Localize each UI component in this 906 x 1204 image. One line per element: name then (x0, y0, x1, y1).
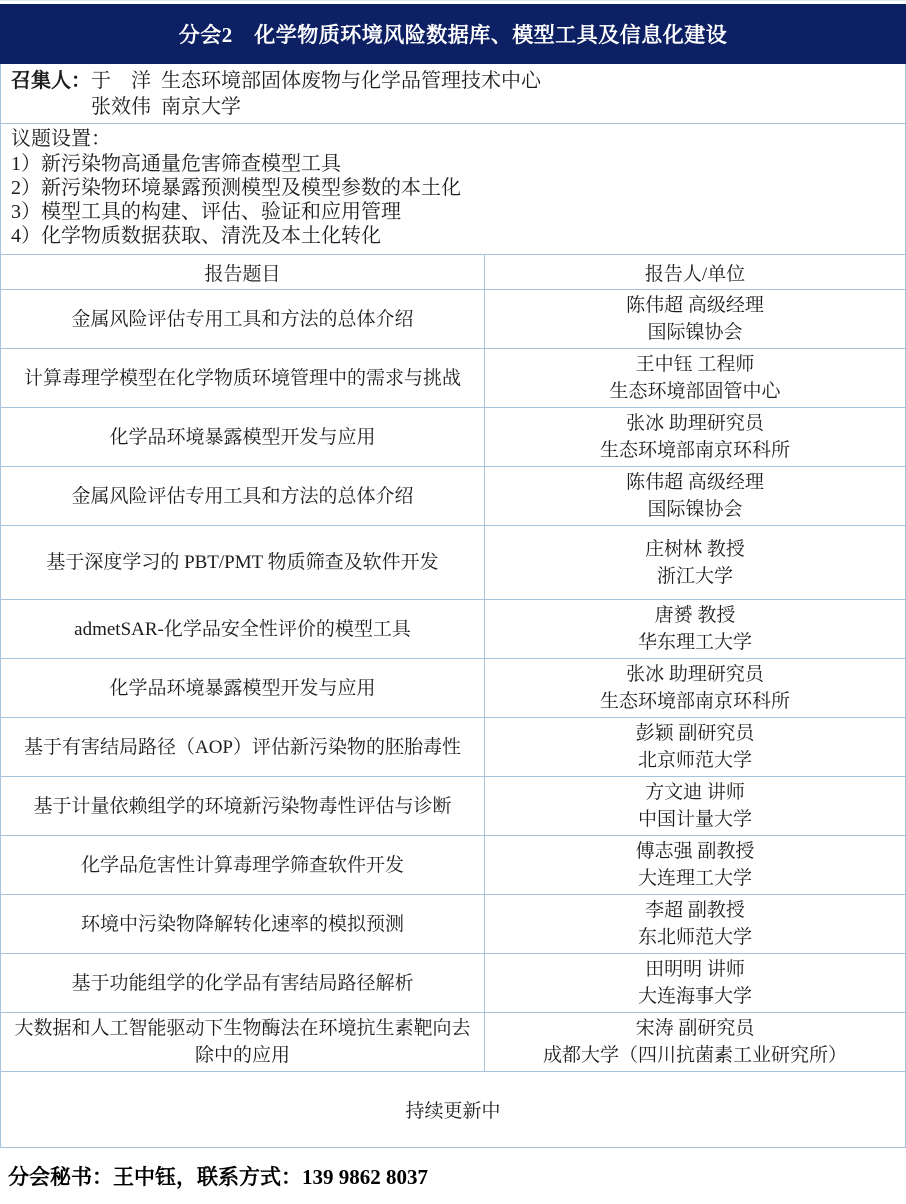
table-row: 基于有害结局路径（AOP）评估新污染物的胚胎毒性 彭颖 副研究员 北京师范大学 (1, 718, 905, 777)
speaker-name: 张冰 助理研究员 (626, 661, 764, 688)
speaker-name: 田明明 讲师 (645, 956, 745, 983)
report-speaker-cell: 傅志强 副教授 大连理工大学 (485, 836, 905, 894)
convener-item: 于 洋 生态环境部固体废物与化学品管理技术中心 (91, 68, 541, 94)
speaker-name: 傅志强 副教授 (636, 838, 755, 865)
report-speaker-cell: 李超 副教授 东北师范大学 (485, 895, 905, 953)
report-title: admetSAR-化学品安全性评价的模型工具 (1, 600, 485, 658)
speaker-name: 唐赟 教授 (655, 602, 736, 629)
topics-section: 议题设置： 1）新污染物高通量危害筛查模型工具 2）新污染物环境暴露预测模型及模… (1, 124, 905, 255)
speaker-name: 李超 副教授 (645, 897, 745, 924)
speaker-name: 宋涛 副研究员 (636, 1015, 755, 1042)
speaker-name: 张冰 助理研究员 (626, 410, 764, 437)
report-title: 计算毒理学模型在化学物质环境管理中的需求与挑战 (1, 349, 485, 407)
speaker-org: 成都大学（四川抗菌素工业研究所） (543, 1042, 847, 1069)
table-row: 大数据和人工智能驱动下生物酶法在环境抗生素靶向去除中的应用 宋涛 副研究员 成都… (1, 1013, 905, 1072)
speaker-org: 国际镍协会 (647, 319, 742, 346)
report-title: 大数据和人工智能驱动下生物酶法在环境抗生素靶向去除中的应用 (1, 1013, 485, 1071)
speaker-name: 彭颖 副研究员 (636, 720, 755, 747)
convener-name: 张效伟 (91, 94, 151, 120)
table-row: 金属风险评估专用工具和方法的总体介绍 陈伟超 高级经理 国际镍协会 (1, 467, 905, 526)
speaker-org: 华东理工大学 (638, 629, 752, 656)
report-title: 金属风险评估专用工具和方法的总体介绍 (1, 290, 485, 348)
table-row: 化学品危害性计算毒理学筛查软件开发 傅志强 副教授 大连理工大学 (1, 836, 905, 895)
report-speaker-cell: 王中钰 工程师 生态环境部固管中心 (485, 349, 905, 407)
report-speaker-cell: 陈伟超 高级经理 国际镍协会 (485, 467, 905, 525)
speaker-name: 陈伟超 高级经理 (626, 469, 764, 496)
report-speaker-cell: 张冰 助理研究员 生态环境部南京环科所 (485, 659, 905, 717)
conveners-label: 召集人： (11, 68, 91, 120)
speaker-name: 庄树林 教授 (645, 536, 745, 563)
convener-affiliation: 南京大学 (161, 94, 241, 120)
conveners-list: 于 洋 生态环境部固体废物与化学品管理技术中心 张效伟 南京大学 (91, 68, 541, 120)
topic-item: 1）新污染物高通量危害筛查模型工具 (11, 152, 895, 176)
speaker-org: 大连海事大学 (638, 983, 752, 1010)
table-row: 化学品环境暴露模型开发与应用 张冰 助理研究员 生态环境部南京环科所 (1, 659, 905, 718)
speaker-org: 国际镍协会 (647, 496, 742, 523)
table-header-row: 报告题目 报告人/单位 (1, 255, 905, 290)
speaker-org: 北京师范大学 (638, 747, 752, 774)
secretary-contact-line: 分会秘书：王中钰，联系方式：139 9862 8037 (0, 1148, 906, 1191)
conveners-section: 召集人： 于 洋 生态环境部固体废物与化学品管理技术中心 张效伟 南京大学 (1, 64, 905, 124)
speaker-org: 中国计量大学 (638, 806, 752, 833)
table-row: 化学品环境暴露模型开发与应用 张冰 助理研究员 生态环境部南京环科所 (1, 408, 905, 467)
update-note-row: 持续更新中 (1, 1072, 905, 1148)
speaker-name: 陈伟超 高级经理 (626, 292, 764, 319)
convener-affiliation: 生态环境部固体废物与化学品管理技术中心 (161, 68, 541, 94)
report-title: 基于功能组学的化学品有害结局路径解析 (1, 954, 485, 1012)
speaker-name: 王中钰 工程师 (636, 351, 755, 378)
table-row: 基于功能组学的化学品有害结局路径解析 田明明 讲师 大连海事大学 (1, 954, 905, 1013)
table-row: admetSAR-化学品安全性评价的模型工具 唐赟 教授 华东理工大学 (1, 600, 905, 659)
topics-label: 议题设置： (11, 127, 895, 152)
table-row: 基于计量依赖组学的环境新污染物毒性评估与诊断 方文迪 讲师 中国计量大学 (1, 777, 905, 836)
session-title: 分会2 化学物质环境风险数据库、模型工具及信息化建设 (179, 19, 728, 49)
report-speaker-cell: 张冰 助理研究员 生态环境部南京环科所 (485, 408, 905, 466)
report-title: 化学品环境暴露模型开发与应用 (1, 659, 485, 717)
report-title: 基于有害结局路径（AOP）评估新污染物的胚胎毒性 (1, 718, 485, 776)
convener-item: 张效伟 南京大学 (91, 94, 541, 120)
topic-item: 4）化学物质数据获取、清洗及本土化转化 (11, 224, 895, 248)
convener-name: 于 洋 (91, 68, 151, 94)
report-title: 化学品危害性计算毒理学筛查软件开发 (1, 836, 485, 894)
table-row: 计算毒理学模型在化学物质环境管理中的需求与挑战 王中钰 工程师 生态环境部固管中… (1, 349, 905, 408)
speaker-org: 浙江大学 (657, 563, 733, 590)
topic-item: 3）模型工具的构建、评估、验证和应用管理 (11, 200, 895, 224)
table-row: 基于深度学习的 PBT/PMT 物质筛查及软件开发 庄树林 教授 浙江大学 (1, 526, 905, 600)
report-speaker-cell: 唐赟 教授 华东理工大学 (485, 600, 905, 658)
table-row: 环境中污染物降解转化速率的模拟预测 李超 副教授 东北师范大学 (1, 895, 905, 954)
report-speaker-cell: 方文迪 讲师 中国计量大学 (485, 777, 905, 835)
program-table: 召集人： 于 洋 生态环境部固体废物与化学品管理技术中心 张效伟 南京大学 议题… (0, 64, 906, 1148)
speaker-org: 生态环境部南京环科所 (600, 437, 790, 464)
report-title: 基于深度学习的 PBT/PMT 物质筛查及软件开发 (1, 526, 485, 599)
report-title: 金属风险评估专用工具和方法的总体介绍 (1, 467, 485, 525)
topic-item: 2）新污染物环境暴露预测模型及模型参数的本土化 (11, 176, 895, 200)
speaker-org: 生态环境部南京环科所 (600, 688, 790, 715)
column-header-speaker: 报告人/单位 (485, 255, 905, 289)
speaker-org: 东北师范大学 (638, 924, 752, 951)
session-program-sheet: 分会2 化学物质环境风险数据库、模型工具及信息化建设 召集人： 于 洋 生态环境… (0, 0, 906, 1204)
report-title: 基于计量依赖组学的环境新污染物毒性评估与诊断 (1, 777, 485, 835)
update-note: 持续更新中 (405, 1096, 500, 1123)
speaker-org: 生态环境部固管中心 (609, 378, 780, 405)
session-banner: 分会2 化学物质环境风险数据库、模型工具及信息化建设 (0, 4, 906, 64)
report-title: 化学品环境暴露模型开发与应用 (1, 408, 485, 466)
report-speaker-cell: 陈伟超 高级经理 国际镍协会 (485, 290, 905, 348)
report-speaker-cell: 田明明 讲师 大连海事大学 (485, 954, 905, 1012)
column-header-title: 报告题目 (1, 255, 485, 289)
table-row: 金属风险评估专用工具和方法的总体介绍 陈伟超 高级经理 国际镍协会 (1, 290, 905, 349)
speaker-name: 方文迪 讲师 (645, 779, 745, 806)
report-speaker-cell: 庄树林 教授 浙江大学 (485, 526, 905, 599)
speaker-org: 大连理工大学 (638, 865, 752, 892)
report-speaker-cell: 宋涛 副研究员 成都大学（四川抗菌素工业研究所） (485, 1013, 905, 1071)
report-speaker-cell: 彭颖 副研究员 北京师范大学 (485, 718, 905, 776)
report-title: 环境中污染物降解转化速率的模拟预测 (1, 895, 485, 953)
